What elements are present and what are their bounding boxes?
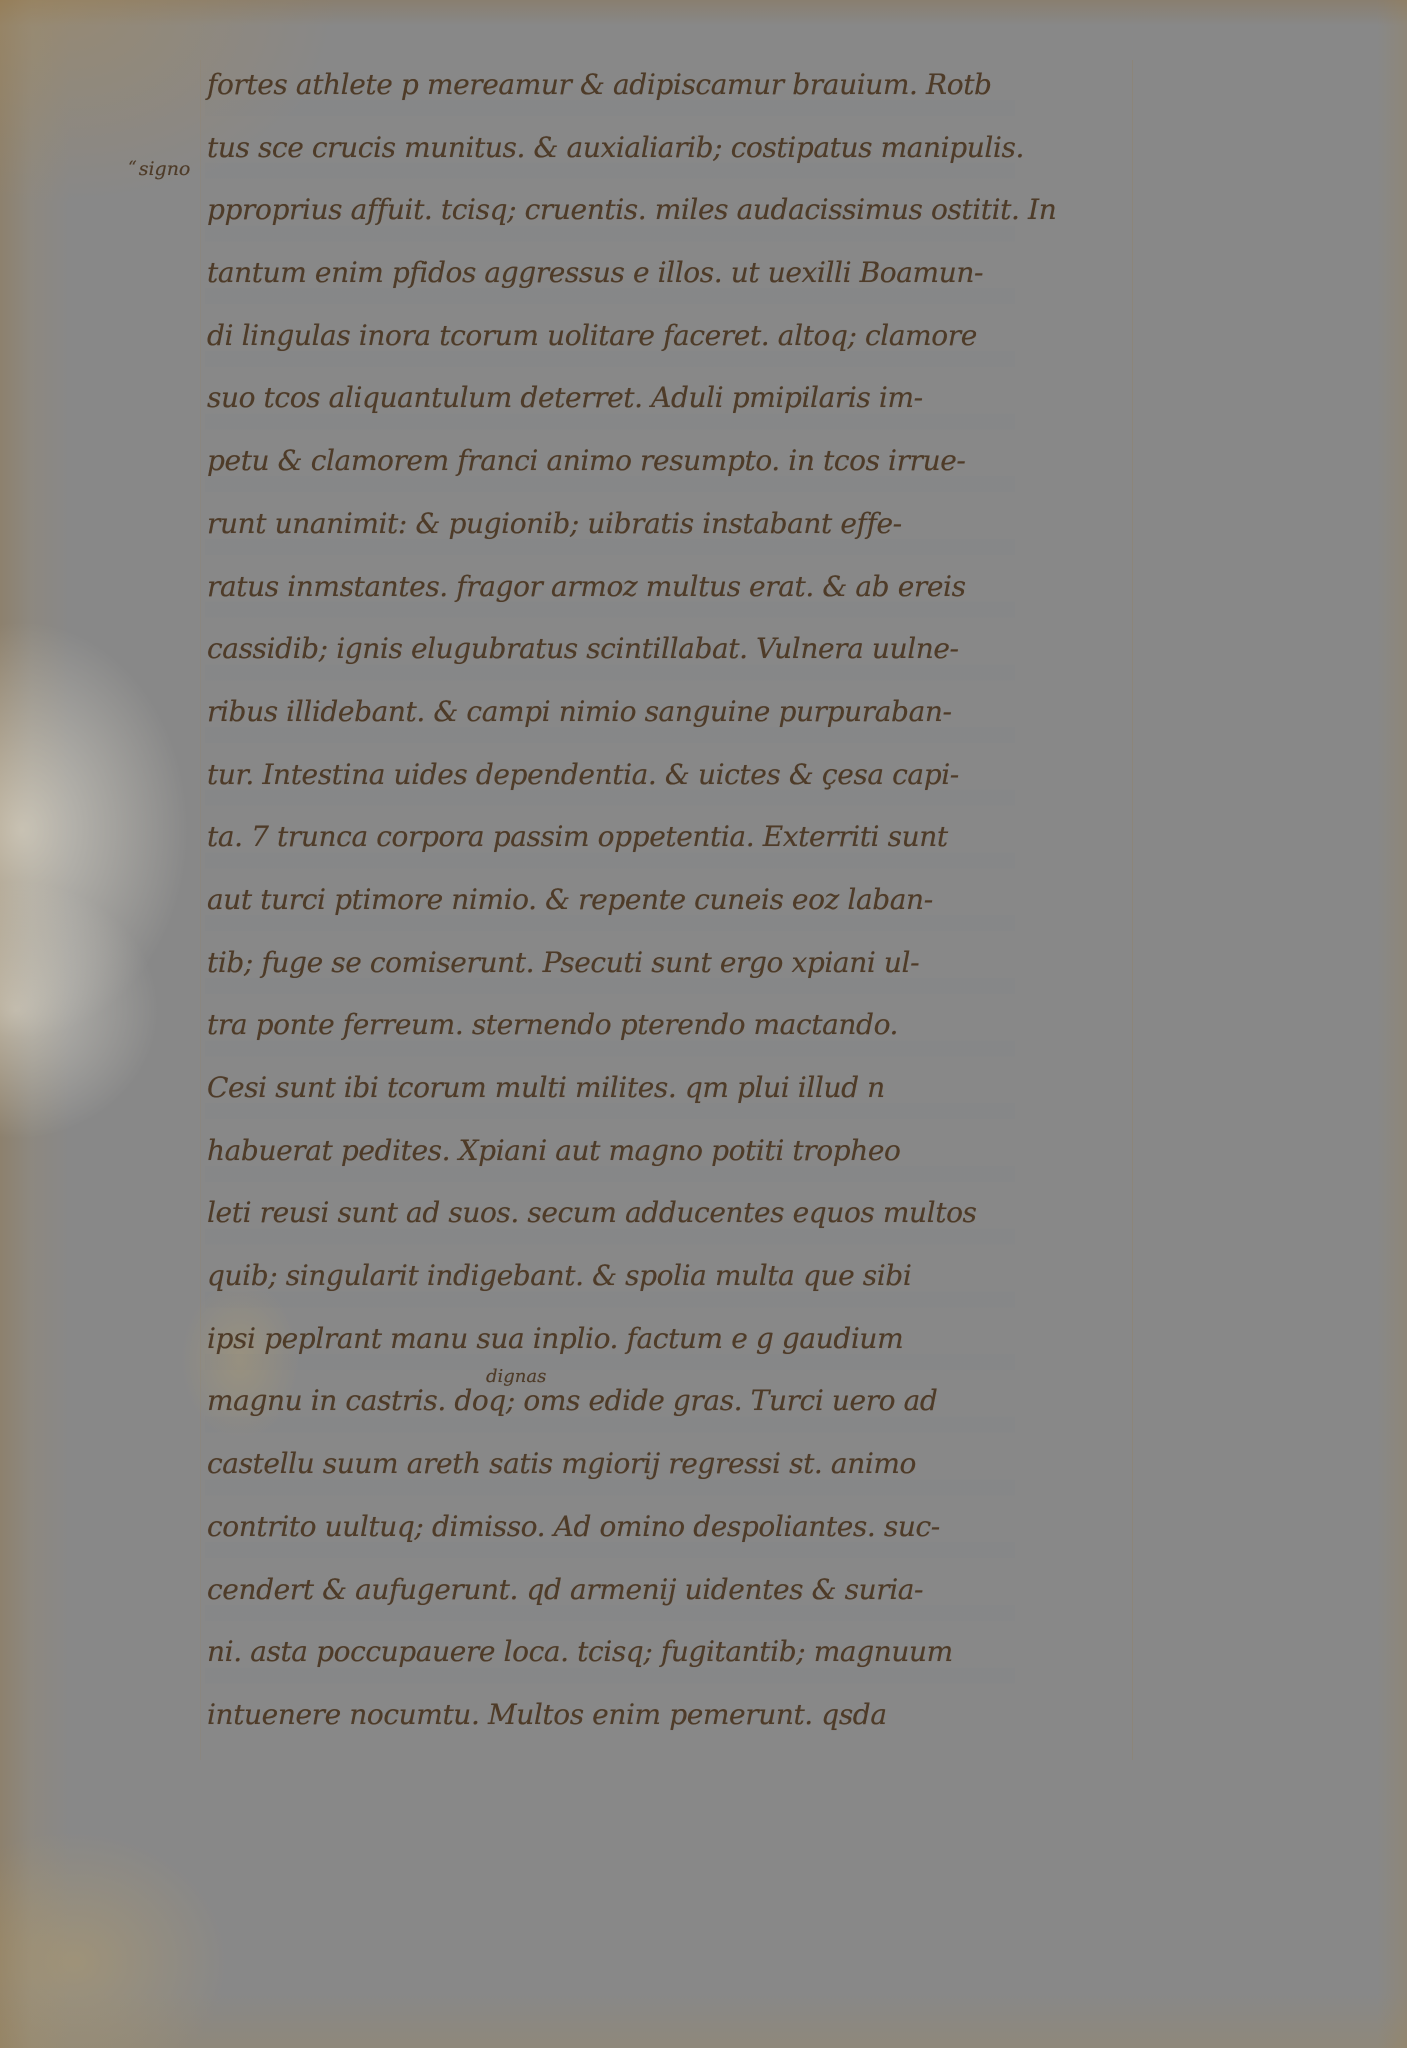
manuscript-line: tra ponte ferreum. sternendo pterendo ma… <box>207 994 1037 1057</box>
manuscript-line: fortes athlete p mereamur & adipiscamur … <box>207 54 1037 117</box>
manuscript-line: intuenere nocumtu. Multos enim pemerunt.… <box>207 1684 1037 1747</box>
manuscript-line: cendert & aufugerunt. qd armenij uidente… <box>207 1559 1037 1622</box>
manuscript-line: magnu in castris. doq; oms edide gras. T… <box>207 1370 1037 1433</box>
manuscript-line: cassidib; ignis elugubratus scintillabat… <box>207 618 1037 681</box>
manuscript-line: castellu suum areth satis mgiorij regres… <box>207 1433 1037 1496</box>
parchment-stain <box>0 1830 230 2048</box>
manuscript-line: suo tcos aliquantulum deterret. Aduli pm… <box>207 367 1037 430</box>
manuscript-line: ta. 7 trunca corpora passim oppetentia. … <box>207 806 1037 869</box>
manuscript-line: tantum enim pfidos aggressus e illos. ut… <box>207 242 1037 305</box>
parchment-worn-spot <box>0 880 160 1140</box>
manuscript-line: aut turci ptimore nimio. & repente cunei… <box>207 869 1037 932</box>
manuscript-line: ratus inmstantes. fragor armoz multus er… <box>207 556 1037 619</box>
manuscript-line: ipsi peplrant manu sua inplio. factum e … <box>207 1308 1037 1371</box>
manuscript-line: quib; singularit indigebant. & spolia mu… <box>207 1245 1037 1308</box>
manuscript-line: runt unanimit: & pugionib; uibratis inst… <box>207 493 1037 556</box>
marginal-note-word: signo <box>139 158 191 180</box>
manuscript-line: tur. Intestina uides dependentia. & uict… <box>207 744 1037 807</box>
ruling-line-right <box>1132 60 1133 1760</box>
manuscript-line: contrito uultuq; dimisso. Ad omino despo… <box>207 1496 1037 1559</box>
manuscript-page: “signo dignas fortes athlete p mereamur … <box>0 0 1407 2048</box>
manuscript-line: ribus illidebant. & campi nimio sanguine… <box>207 681 1037 744</box>
parchment-right-shadow <box>1377 0 1407 2048</box>
marginal-note: “signo <box>128 158 190 180</box>
manuscript-line: leti reusi sunt ad suos. secum adducente… <box>207 1182 1037 1245</box>
manuscript-line: di lingulas inora tcorum uolitare facere… <box>207 305 1037 368</box>
insertion-mark: “ <box>128 158 137 178</box>
text-block: fortes athlete p mereamur & adipiscamur … <box>207 54 1037 1747</box>
manuscript-line: tus sce crucis munitus. & auxialiarib; c… <box>207 117 1037 180</box>
manuscript-line: Cesi sunt ibi tcorum multi milites. qm p… <box>207 1057 1037 1120</box>
ruling-line-left <box>200 60 201 1760</box>
manuscript-line: habuerat pedites. Xpiani aut magno potit… <box>207 1120 1037 1183</box>
manuscript-line: ni. asta poccupauere loca. tcisq; fugita… <box>207 1621 1037 1684</box>
manuscript-line: tib; fuge se comiserunt. Psecuti sunt er… <box>207 932 1037 995</box>
manuscript-line: pproprius affuit. tcisq; cruentis. miles… <box>207 179 1037 242</box>
manuscript-line: petu & clamorem franci animo resumpto. i… <box>207 430 1037 493</box>
